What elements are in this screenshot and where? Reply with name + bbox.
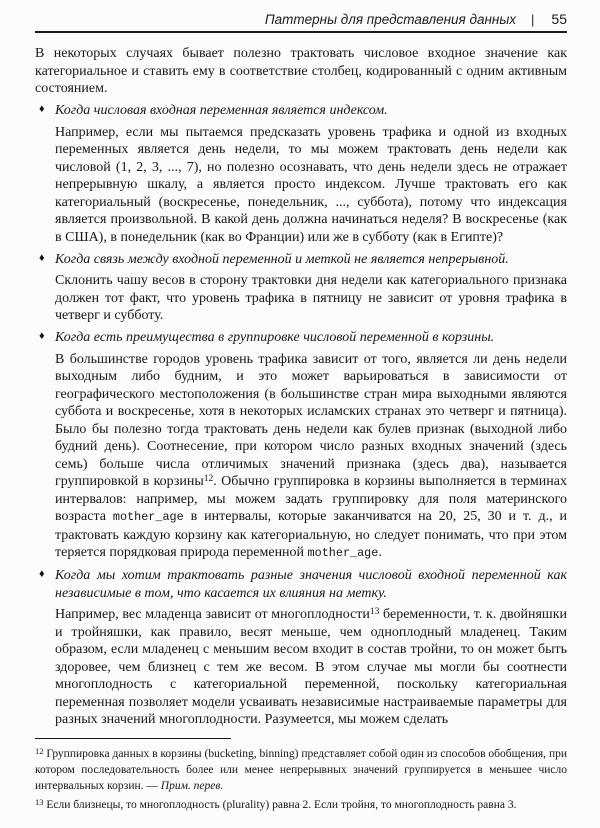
body-text: . — [378, 545, 382, 560]
intro-paragraph: В некоторых случаях бывает полезно тракт… — [35, 45, 567, 98]
bullet-body: Например, вес младенца зависит от многоп… — [55, 606, 567, 729]
footnote-13: 13 Если близнецы, то многоплодность (plu… — [35, 797, 567, 813]
diamond-bullet-icon: ♦ — [39, 331, 45, 342]
running-title: Паттерны для представления данных — [265, 12, 516, 27]
body-text: Например, вес младенца зависит от многоп… — [55, 607, 370, 622]
bullet-item-bucketing: ♦ Когда есть преимущества в группировке … — [55, 329, 567, 563]
bullet-head: ♦ Когда есть преимущества в группировке … — [55, 329, 567, 347]
diamond-bullet-icon: ♦ — [39, 253, 45, 264]
footnote-marker: 12 — [35, 746, 44, 756]
bullet-head: ♦ Когда связь между входной переменной и… — [55, 251, 567, 269]
footnote-marker: 13 — [35, 797, 44, 807]
book-page: Паттерны для представления данных | 55 В… — [0, 0, 600, 828]
page-body: В некоторых случаях бывает полезно тракт… — [35, 45, 567, 729]
inline-code-mother-age: mother_age — [113, 510, 184, 524]
bullet-head: ♦ Когда числовая входная переменная явля… — [55, 102, 567, 120]
bullet-heading: Когда числовая входная переменная являет… — [55, 102, 567, 120]
page-number: 55 — [551, 11, 567, 27]
footnote-12: 12 Группировка данных в корзины (bucketi… — [35, 746, 567, 794]
bullet-head: ♦ Когда мы хотим трактовать разные значе… — [55, 567, 567, 602]
bullet-body: Склонить чашу весов в сторону трактовки … — [55, 272, 567, 325]
footnote-text: Группировка данных в корзины (bucketing,… — [35, 748, 567, 792]
bullet-item-nonlinear: ♦ Когда связь между входной переменной и… — [55, 251, 567, 325]
footnote-translator-note: Прим. перев. — [161, 780, 223, 792]
footnote-ref-12: 12 — [204, 474, 214, 484]
footnote-ref-13: 13 — [370, 607, 380, 617]
bullet-body: В большинстве городов уровень трафика за… — [55, 351, 567, 563]
bullet-item-index: ♦ Когда числовая входная переменная явля… — [55, 102, 567, 246]
inline-code-mother-age: mother_age — [308, 546, 379, 560]
footnotes-section: 12 Группировка данных в корзины (bucketi… — [35, 738, 567, 813]
diamond-bullet-icon: ♦ — [39, 104, 45, 115]
header-separator: | — [531, 12, 534, 27]
bullet-heading: Когда связь между входной переменной и м… — [55, 251, 567, 269]
bullet-body: Например, если мы пытаемся предсказать у… — [55, 124, 567, 247]
page-header: Паттерны для представления данных | 55 — [35, 11, 567, 29]
bullet-item-independent-values: ♦ Когда мы хотим трактовать разные значе… — [55, 567, 567, 729]
body-text: В большинстве городов уровень трафика за… — [55, 352, 567, 490]
header-rule — [35, 31, 567, 33]
footnote-rule — [35, 738, 231, 739]
bullet-heading: Когда мы хотим трактовать разные значени… — [55, 567, 567, 602]
body-text: беременности, т. к. двойняшки и тройняшк… — [55, 607, 567, 727]
bullet-heading: Когда есть преимущества в группировке чи… — [55, 329, 567, 347]
diamond-bullet-icon: ♦ — [39, 569, 45, 580]
footnote-text: Если близнецы, то многоплодность (plural… — [44, 799, 517, 811]
